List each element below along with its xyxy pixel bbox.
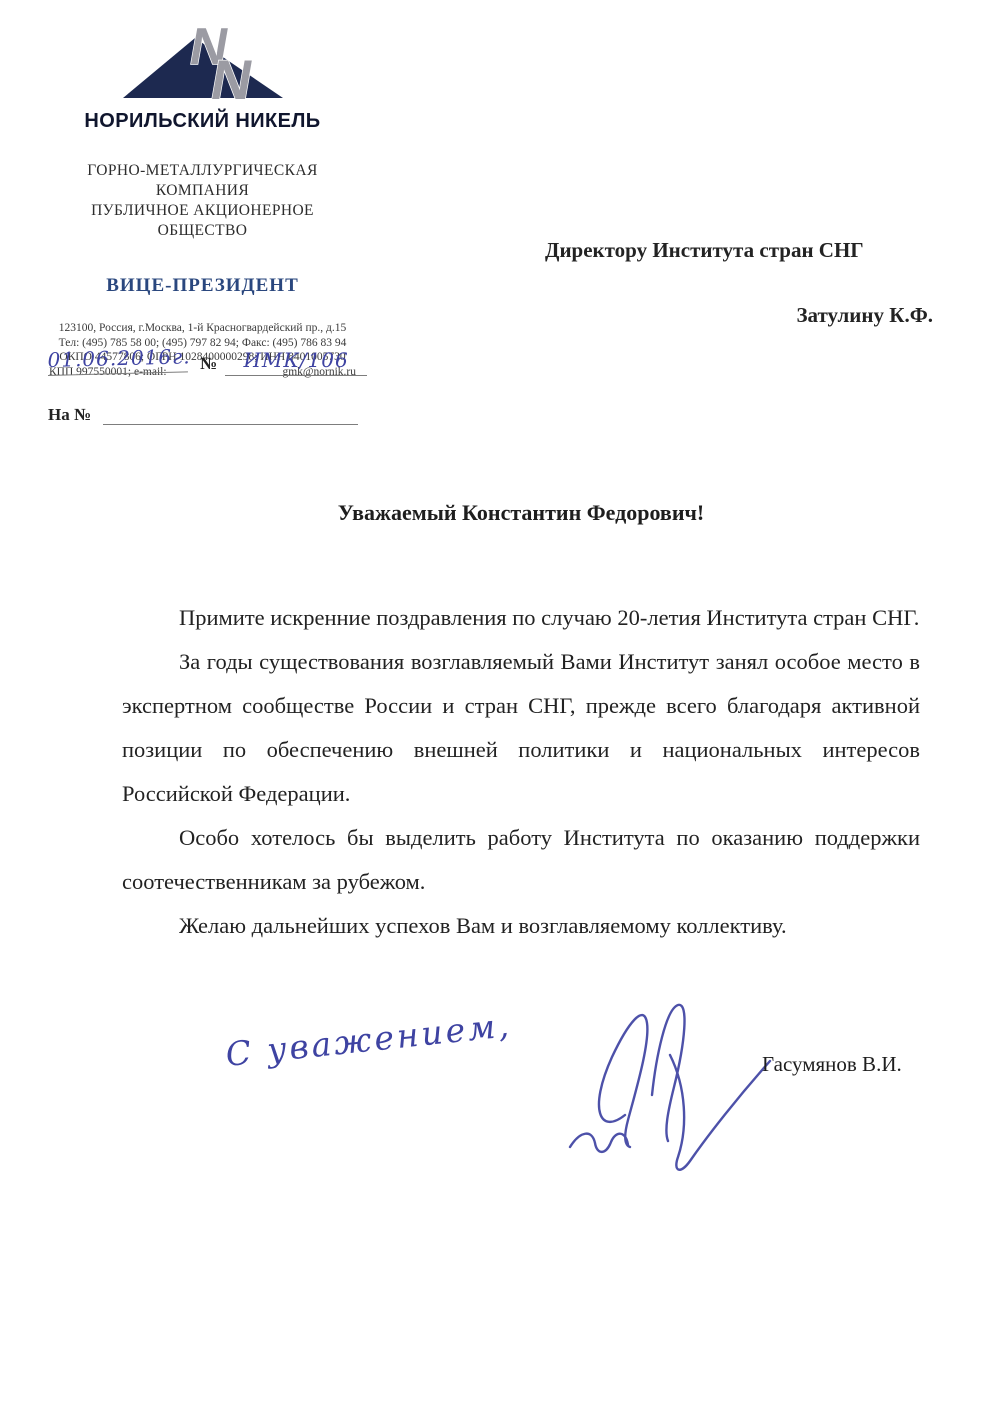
reply-to-row: На №	[48, 404, 378, 425]
company-subtitle: ГОРНО-МЕТАЛЛУРГИЧЕСКАЯ КОМПАНИЯ ПУБЛИЧНО…	[45, 161, 360, 241]
signature-ascender-1	[599, 1015, 647, 1147]
number-sign-label: №	[200, 354, 217, 374]
signature-ascender-2	[652, 1005, 685, 1141]
paragraph-4: Желаю дальнейших успехов Вам и возглавля…	[122, 904, 920, 948]
recipient-name: Затулину К.Ф.	[545, 303, 933, 328]
salutation: Уважаемый Константин Федорович!	[122, 500, 920, 526]
paragraph-2: За годы существования возглавляемый Вами…	[122, 640, 920, 816]
contact-address: 123100, Россия, г.Москва, 1-й Красногвар…	[45, 321, 360, 336]
subtitle-line2: ПУБЛИЧНОЕ АКЦИОНЕРНОЕ ОБЩЕСТВО	[45, 201, 360, 241]
letter-page: N N НОРИЛЬСКИЙ НИКЕЛЬ ГОРНО-МЕТАЛЛУРГИЧЕ…	[0, 0, 1000, 1412]
handwritten-date: 01.06.2016г.	[47, 344, 188, 376]
reference-block: 01.06.2016г. № ИМК/106 На №	[48, 348, 378, 425]
norilsk-nickel-logo-icon: N N	[113, 16, 293, 108]
reply-to-blank-line	[103, 404, 358, 425]
letterhead: N N НОРИЛЬСКИЙ НИКЕЛЬ ГОРНО-МЕТАЛЛУРГИЧЕ…	[45, 16, 360, 379]
signer-name: Гасумянов В.И.	[762, 1052, 902, 1077]
handwritten-closing: С уважением,	[224, 1005, 514, 1074]
subtitle-line1: ГОРНО-МЕТАЛЛУРГИЧЕСКАЯ КОМПАНИЯ	[45, 161, 360, 201]
handwritten-outgoing-number: ИМК/106	[225, 348, 367, 376]
recipient-position: Директору Института стран СНГ	[545, 238, 933, 263]
reply-to-label: На №	[48, 405, 91, 425]
recipient-block: Директору Института стран СНГ Затулину К…	[545, 238, 933, 328]
outgoing-row: 01.06.2016г. № ИМК/106	[48, 348, 378, 376]
paragraph-1: Примите искренние поздравления по случаю…	[122, 596, 920, 640]
signature-icon	[540, 995, 800, 1185]
company-name: НОРИЛЬСКИЙ НИКЕЛЬ	[45, 110, 360, 133]
signature-m-curl	[570, 1134, 628, 1152]
letter-body: Примите искренние поздравления по случаю…	[122, 596, 920, 948]
signature-descender-tail	[670, 1055, 770, 1170]
position-title: ВИЦЕ-ПРЕЗИДЕНТ	[45, 275, 360, 297]
paragraph-3: Особо хотелось бы выделить работу Инстит…	[122, 816, 920, 904]
